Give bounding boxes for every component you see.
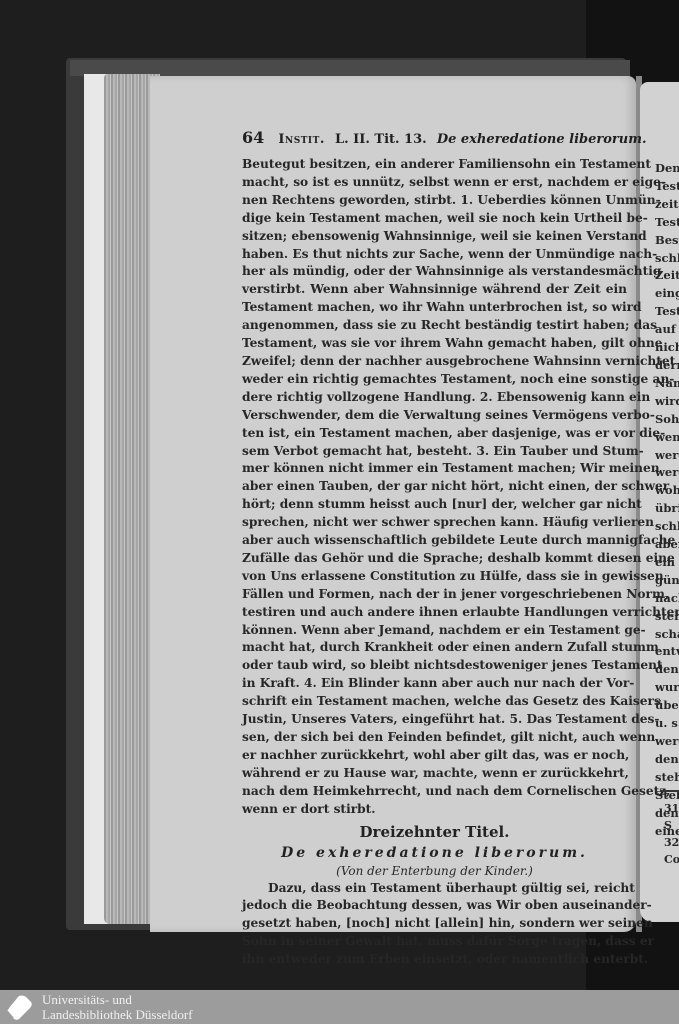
text-line: Testament, was sie vor ihrem Wahn gemach… xyxy=(242,335,627,353)
text-line: können. Wenn aber Jemand, nachdem er ein… xyxy=(242,622,627,640)
text-line: mer können nicht immer ein Testament mac… xyxy=(242,460,627,478)
facing-line: den xyxy=(655,751,679,769)
facing-line: nachg xyxy=(655,590,679,608)
footnote-fragment: 31) xyxy=(664,800,679,817)
facing-line: werd xyxy=(655,733,679,751)
section-german-title: (Von der Enterbung der Kinder.) xyxy=(242,863,627,880)
facing-line: wenn xyxy=(655,429,679,447)
text-line: schrift ein Testament machen, welche das… xyxy=(242,693,627,711)
text-line: Justin, Unseres Vaters, eingeführt hat. … xyxy=(242,711,627,729)
text-line: haben. Es thut nichts zur Sache, wenn de… xyxy=(242,246,627,264)
footnote-fragment: Co xyxy=(664,851,679,868)
text-line: angenommen, dass sie zu Recht beständig … xyxy=(242,317,627,335)
facing-line: werd xyxy=(655,464,679,482)
facing-page-text: Denn Testa zeiten Testa Besta schle Zeit… xyxy=(655,160,679,840)
facing-line: Testa xyxy=(655,178,679,196)
text-line: von Uns erlassene Constitution zu Hülfe,… xyxy=(242,568,627,586)
facing-line: ein S xyxy=(655,554,679,572)
facing-line: günzl xyxy=(655,572,679,590)
facing-line: u. s. xyxy=(655,715,679,733)
page-body-text: Beutegut besitzen, ein anderer Familiens… xyxy=(242,156,627,969)
facing-line: den, xyxy=(655,661,679,679)
facing-line: dern xyxy=(655,357,679,375)
book-title-reference: L. II. Tit. 13. xyxy=(335,132,427,147)
facing-line: einge xyxy=(655,285,679,303)
text-line: nach dem Heimkehrrecht, und nach dem Cor… xyxy=(242,783,627,801)
text-line: macht, so ist es unnütz, selbst wenn er … xyxy=(242,174,627,192)
text-line: hört; denn stumm heisst auch [nur] der, … xyxy=(242,496,627,514)
facing-line: Testa xyxy=(655,303,679,321)
text-line: Fällen und Formen, nach der in jener vor… xyxy=(242,586,627,604)
text-line: Testament machen, wo ihr Wahn unterbroch… xyxy=(242,299,627,317)
facing-line: Besta xyxy=(655,232,679,250)
text-line: Dazu, dass ein Testament überhaupt gülti… xyxy=(242,880,627,898)
text-line: oder taub wird, so bleibt nichtsdestowen… xyxy=(242,657,627,675)
running-title: Instit. xyxy=(278,132,324,147)
text-line: sprechen, nicht wer schwer sprechen kann… xyxy=(242,514,627,532)
facing-line: Testa xyxy=(655,214,679,232)
text-line: dige kein Testament machen, weil sie noc… xyxy=(242,210,627,228)
section-latin-title: De exheredatione liberorum. xyxy=(242,843,627,863)
section-running-title: De exheredatione liberorum. xyxy=(437,132,647,147)
facing-line: übrig xyxy=(655,500,679,518)
facing-line: Zeite xyxy=(655,267,679,285)
text-line: weder ein richtig gemachtes Testament, n… xyxy=(242,371,627,389)
facing-line: auf e xyxy=(655,321,679,339)
page-header: 64 Instit. L. II. Tit. 13. De exheredati… xyxy=(242,128,627,147)
facing-line: Nam xyxy=(655,375,679,393)
facing-line: wurd xyxy=(655,679,679,697)
text-line: Zweifel; denn der nachher ausgebrochene … xyxy=(242,353,627,371)
facing-line: nicht xyxy=(655,339,679,357)
library-name-line2: Landesbibliothek Düsseldorf xyxy=(42,1007,193,1023)
facing-line: schle xyxy=(655,250,679,268)
text-line: in Kraft. 4. Ein Blinder kann aber auch … xyxy=(242,675,627,693)
text-line: Verschwender, dem die Verwaltung seines … xyxy=(242,407,627,425)
text-line: Zufälle das Gehör und die Sprache; desha… xyxy=(242,550,627,568)
facing-page-footnotes: 31) S 32) Co xyxy=(664,800,679,868)
text-line: aber auch wissenschaftlich gebildete Leu… xyxy=(242,532,627,550)
text-line: während er zu Hause war, machte, wenn er… xyxy=(242,765,627,783)
facing-line: wohl xyxy=(655,482,679,500)
facing-line: überg xyxy=(655,697,679,715)
text-line: dere richtig vollzogene Handlung. 2. Ebe… xyxy=(242,389,627,407)
text-line: testiren und auch andere ihnen erlaubte … xyxy=(242,604,627,622)
text-line: sitzen; ebensowenig Wahnsinnige, weil si… xyxy=(242,228,627,246)
text-line: Sohn in seiner Gewalt hat, muss dafür So… xyxy=(242,933,627,951)
footnote-fragment: 32) xyxy=(664,834,679,851)
text-line: nen Rechtens geworden, stirbt. 1. Ueberd… xyxy=(242,192,627,210)
text-line: ten ist, ein Testament machen, aber dasj… xyxy=(242,425,627,443)
text-line: jedoch die Beobachtung dessen, was Wir o… xyxy=(242,897,627,915)
book-logo-icon xyxy=(4,993,34,1021)
text-line: gesetzt haben, [noch] nicht [allein] hin… xyxy=(242,915,627,933)
text-line: wenn er dort stirbt. xyxy=(242,801,627,819)
library-footer-bar: Universitäts- und Landesbibliothek Düsse… xyxy=(0,990,679,1024)
page-number: 64 xyxy=(242,128,264,147)
facing-line: schle xyxy=(655,518,679,536)
footnote-rule xyxy=(660,790,679,792)
section-heading: Dreizehnter Titel. xyxy=(242,821,627,843)
text-line: her als mündig, oder der Wahnsinnige als… xyxy=(242,263,627,281)
facing-line: entw xyxy=(655,643,679,661)
text-line: er nachher zurückkehrt, wohl aber gilt d… xyxy=(242,747,627,765)
text-line: sem Verbot gemacht hat, besteht. 3. Ein … xyxy=(242,443,627,461)
facing-line: stehe xyxy=(655,769,679,787)
text-line: Beutegut besitzen, ein anderer Familiens… xyxy=(242,156,627,174)
text-line: macht hat, durch Krankheit oder einen an… xyxy=(242,639,627,657)
facing-line: zeiten xyxy=(655,196,679,214)
facing-line: steht xyxy=(655,608,679,626)
text-line: verstirbt. Wenn aber Wahnsinnige während… xyxy=(242,281,627,299)
facing-line: aber xyxy=(655,536,679,554)
facing-line: wird xyxy=(655,393,679,411)
facing-line: Sohn xyxy=(655,411,679,429)
text-line: sen, der sich bei den Feinden befindet, … xyxy=(242,729,627,747)
facing-line: werd xyxy=(655,447,679,465)
text-line: ihn entweder zum Erben einsetzt, oder na… xyxy=(242,951,627,969)
facing-line: schaf xyxy=(655,626,679,644)
facing-line: Denn xyxy=(655,160,679,178)
library-name-line1: Universitäts- und xyxy=(42,992,132,1008)
text-line: aber einen Tauben, der gar nicht hört, n… xyxy=(242,478,627,496)
footnote-fragment: S xyxy=(664,817,679,834)
